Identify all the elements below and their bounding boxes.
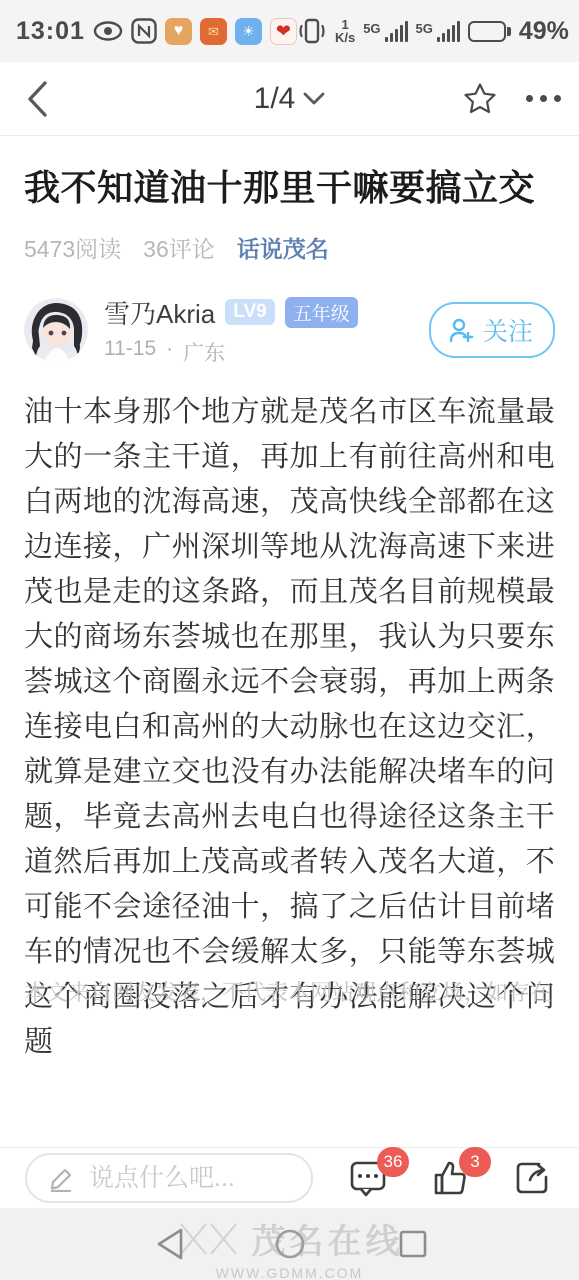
post-date: 11-15 (104, 337, 156, 367)
android-recents-button[interactable] (383, 1208, 443, 1280)
android-nav-bar: 茂名在线 WWW.GDMM.COM (0, 1208, 579, 1280)
vibrate-mode-icon (297, 17, 327, 45)
battery-icon (468, 21, 511, 42)
author-row: 雪乃Akria LV9 五年级 11-15 · 广东 关注 (24, 294, 555, 367)
more-options-button[interactable] (526, 95, 561, 102)
battery-percent: 49% (519, 17, 569, 46)
post-location: 广东 (183, 337, 225, 367)
post-content: 我不知道油十那里干嘛要搞立交 5473阅读 36评论 话说茂名 (0, 137, 579, 1065)
android-back-button[interactable] (140, 1208, 200, 1280)
top-nav-bar: 1/4 (0, 62, 579, 136)
android-home-circle-icon (273, 1227, 307, 1261)
notification-app-health-icon: ❤ (270, 18, 297, 45)
signal-sim2-icon: 5G (416, 21, 460, 42)
android-home-button[interactable] (260, 1208, 320, 1280)
avatar[interactable] (24, 298, 88, 362)
dot-separator: · (166, 337, 173, 367)
comments-button[interactable]: 36 (349, 1159, 387, 1197)
follow-label: 关注 (483, 312, 533, 348)
post-title: 我不知道油十那里干嘛要搞立交 (24, 164, 555, 213)
clock: 13:01 (16, 17, 85, 46)
app-screen: 13:01 ♥ ✉ ☀ ❤ 1 K/s 5G (0, 0, 579, 1280)
post-date-location: 11-15 · 广东 (104, 337, 429, 367)
comment-count-badge: 36 (377, 1147, 409, 1177)
post-body: 油十本身那个地方就是茂名市区车流量最大的一条主干道，再加上有前往高州和电白两地的… (24, 390, 555, 1065)
chevron-down-icon (303, 92, 325, 106)
level-badge: LV9 (225, 299, 274, 325)
page-indicator: 1/4 (254, 82, 296, 116)
author-name[interactable]: 雪乃Akria (104, 294, 215, 331)
topic-link[interactable]: 话说茂名 (237, 231, 329, 264)
like-count-badge: 3 (459, 1147, 491, 1177)
status-bar: 13:01 ♥ ✉ ☀ ❤ 1 K/s 5G (0, 0, 579, 62)
android-recents-square-icon (398, 1229, 428, 1259)
post-meta-row: 5473阅读 36评论 话说茂名 (24, 231, 555, 264)
follow-button[interactable]: 关注 (429, 302, 555, 358)
share-icon (513, 1159, 551, 1197)
eye-protection-icon (93, 20, 123, 42)
android-back-triangle-icon (155, 1227, 185, 1261)
notification-app-heart-icon: ♥ (165, 18, 192, 45)
pencil-icon (47, 1166, 75, 1192)
notification-app-mail-icon: ✉ (200, 18, 227, 45)
disclaimer-text: 本文来自网友发表，不代表本网站观点和立场，如存在 (24, 976, 579, 1007)
add-person-icon (447, 317, 475, 343)
grade-badge: 五年级 (285, 297, 358, 328)
favorite-star-button[interactable] (462, 81, 498, 117)
signal-sim1-icon: 5G (363, 21, 407, 42)
read-count: 5473阅读 (24, 231, 121, 264)
notification-app-weather-icon: ☀ (235, 18, 262, 45)
like-button[interactable]: 3 (431, 1159, 469, 1197)
comment-count: 36评论 (143, 231, 215, 264)
comment-bar: 36 3 (0, 1147, 579, 1208)
nfc-icon (131, 18, 157, 44)
network-speed: 1 K/s (335, 18, 355, 44)
share-button[interactable] (513, 1159, 551, 1197)
